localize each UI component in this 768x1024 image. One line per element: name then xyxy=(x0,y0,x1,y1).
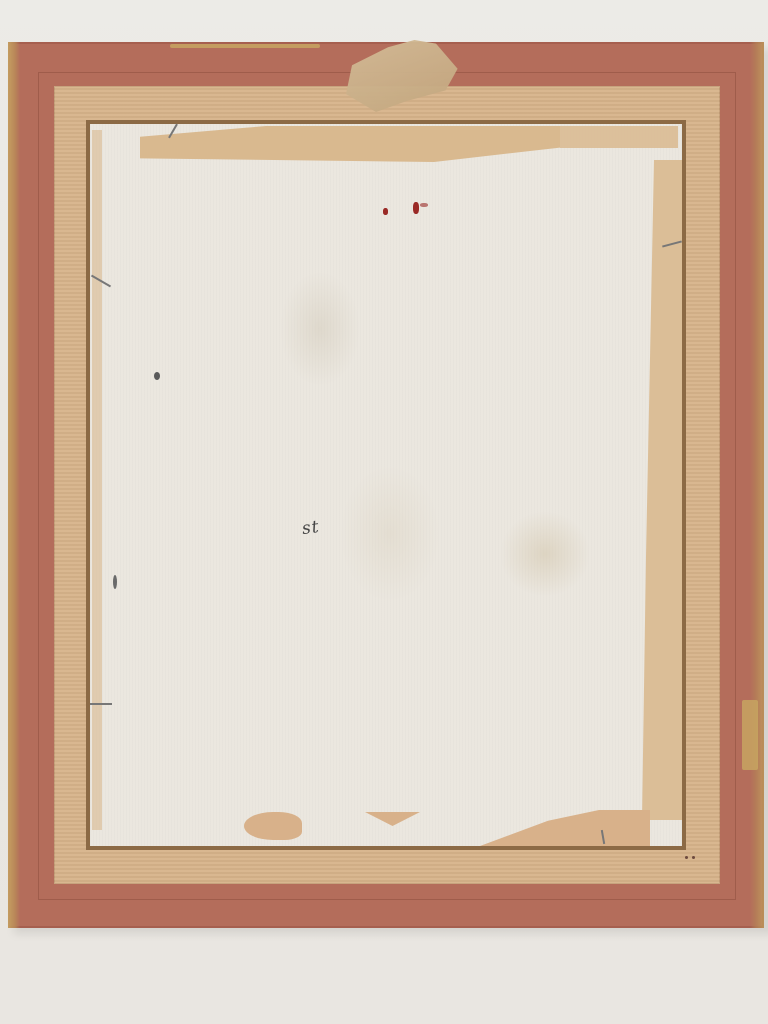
canvas-back xyxy=(90,124,682,846)
gilt-wear-right xyxy=(750,42,764,928)
ink-spot xyxy=(154,372,160,380)
gilt-wear-right-lower xyxy=(742,700,758,770)
tape-residue-bottom-left xyxy=(244,812,302,840)
paper-tape-top-right xyxy=(560,126,678,148)
nail-hole xyxy=(692,856,695,859)
nail-hole xyxy=(685,856,688,859)
paint-fleck xyxy=(383,208,388,215)
paper-tape-left xyxy=(92,130,102,830)
pencil-mark: st xyxy=(301,517,321,539)
tack-nail xyxy=(90,703,112,705)
paint-fleck xyxy=(420,203,428,207)
ink-spot xyxy=(113,575,117,589)
gilt-wear-left xyxy=(8,42,20,928)
gilt-wear-top xyxy=(170,44,320,48)
paint-fleck xyxy=(413,202,419,214)
